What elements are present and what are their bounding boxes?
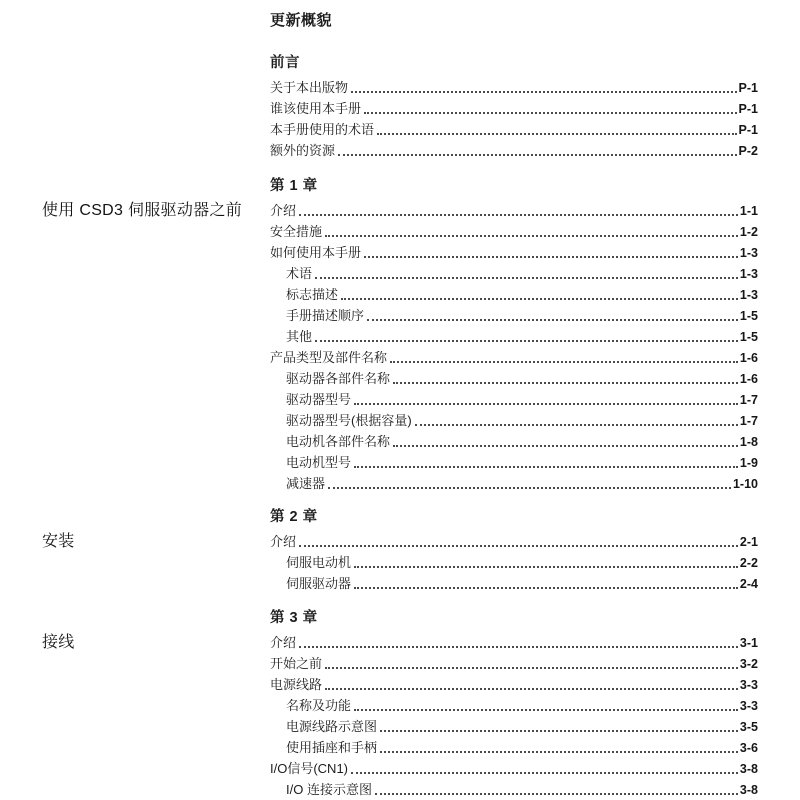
toc-entry-page: 1-10 — [733, 475, 758, 493]
dotted-leader — [377, 133, 737, 135]
dotted-leader — [415, 424, 738, 426]
toc-entry[interactable]: 使用插座和手柄 3-6 — [270, 736, 758, 757]
section-entries: 使用 CSD3 伺服驱动器之前 介绍 1-1 安全措施 1-2 如何使用本手册 … — [270, 199, 758, 493]
dotted-leader — [354, 709, 738, 711]
dotted-leader — [299, 214, 738, 216]
toc-entry[interactable]: 其他 1-5 — [270, 325, 758, 346]
toc-entry[interactable]: 术语 1-3 — [270, 262, 758, 283]
toc-main: 更新概貌 前言 关于本出版物 P-1 谁该使用本手册 P-1 本手册使用的术语 … — [0, 0, 800, 799]
toc-entry-label: 额外的资源 — [270, 142, 335, 160]
toc-entry[interactable]: 驱动器型号 1-7 — [270, 388, 758, 409]
toc-entry[interactable]: 伺服电动机 2-2 — [270, 551, 758, 572]
dotted-leader — [354, 466, 738, 468]
toc-entry[interactable]: 减速器 1-10 — [270, 472, 758, 493]
toc-entry[interactable]: 手册描述顺序 1-5 — [270, 304, 758, 325]
toc-entry-label: I/O 连接示意图 — [286, 781, 372, 799]
toc-entry-label: 产品类型及部件名称 — [270, 349, 387, 367]
toc-entry-page: 1-7 — [740, 391, 758, 409]
toc-entry-label: 驱动器型号 — [286, 391, 351, 409]
toc-entry[interactable]: 电动机型号 1-9 — [270, 451, 758, 472]
toc-entry-page: 3-8 — [740, 781, 758, 799]
toc-entry[interactable]: 驱动器各部件名称 1-6 — [270, 367, 758, 388]
toc-entry-page: 3-8 — [740, 760, 758, 778]
dotted-leader — [364, 112, 737, 114]
toc-entry-label: 标志描述 — [286, 286, 338, 304]
toc-entry-label: 驱动器型号(根据容量) — [286, 412, 412, 430]
toc-entry-page: 3-5 — [740, 718, 758, 736]
dotted-leader — [341, 298, 738, 300]
toc-entry-label: 名称及功能 — [286, 697, 351, 715]
dotted-leader — [325, 688, 738, 690]
section-entries: 安装 介绍 2-1 伺服电动机 2-2 伺服驱动器 2-4 — [270, 530, 758, 593]
toc-entry-page: 3-3 — [740, 697, 758, 715]
toc-entry-label: 驱动器各部件名称 — [286, 370, 390, 388]
toc-entry-page: 2-4 — [740, 575, 758, 593]
toc-entry-page: 1-6 — [740, 370, 758, 388]
toc-entry-label: 其他 — [286, 328, 312, 346]
dotted-leader — [364, 256, 738, 258]
chapter-side-label: 接线 — [42, 629, 267, 652]
dotted-leader — [375, 793, 738, 795]
dotted-leader — [325, 667, 738, 669]
toc-entry-page: 2-1 — [740, 533, 758, 551]
dotted-leader — [315, 340, 738, 342]
toc-entry-page: P-1 — [739, 79, 758, 97]
toc-entry-page: 3-1 — [740, 634, 758, 652]
toc-entry-label: 使用插座和手柄 — [286, 739, 377, 757]
toc-entry-label: 本手册使用的术语 — [270, 121, 374, 139]
section-entries: 关于本出版物 P-1 谁该使用本手册 P-1 本手册使用的术语 P-1 额外的资… — [270, 76, 758, 160]
toc-entry[interactable]: 电动机各部件名称 1-8 — [270, 430, 758, 451]
dotted-leader — [390, 361, 738, 363]
toc-entry-page: 1-6 — [740, 349, 758, 367]
toc-entry[interactable]: I/O 连接示意图 3-8 — [270, 778, 758, 799]
toc-entry-label: 伺服驱动器 — [286, 575, 351, 593]
toc-entry-label: 开始之前 — [270, 655, 322, 673]
toc-entry[interactable]: 本手册使用的术语 P-1 — [270, 118, 758, 139]
dotted-leader — [299, 646, 738, 648]
toc-entry-page: 3-2 — [740, 655, 758, 673]
toc-entry[interactable]: 额外的资源 P-2 — [270, 139, 758, 160]
section-heading: 前言 — [270, 54, 758, 73]
toc-section: 第 2 章 安装 介绍 2-1 伺服电动机 2-2 伺服驱动器 2-4 — [270, 508, 758, 593]
toc-entry-label: 电源线路 — [270, 676, 322, 694]
toc-entry[interactable]: 开始之前 3-2 — [270, 652, 758, 673]
toc-section: 前言 关于本出版物 P-1 谁该使用本手册 P-1 本手册使用的术语 P-1 额… — [270, 54, 758, 160]
dotted-leader — [299, 545, 738, 547]
toc-entry[interactable]: 伺服驱动器 2-4 — [270, 572, 758, 593]
dotted-leader — [325, 235, 738, 237]
toc-section: 第 1 章 使用 CSD3 伺服驱动器之前 介绍 1-1 安全措施 1-2 如何… — [270, 177, 758, 493]
toc-entry-page: 1-3 — [740, 244, 758, 262]
toc-entry[interactable]: 驱动器型号(根据容量) 1-7 — [270, 409, 758, 430]
toc-entry-label: 电源线路示意图 — [286, 718, 377, 736]
dotted-leader — [367, 319, 738, 321]
toc-section: 第 3 章 接线 介绍 3-1 开始之前 3-2 电源线路 3-3 名称及功能 … — [270, 609, 758, 799]
toc-entry-page: 1-9 — [740, 454, 758, 472]
toc-entry-page: P-1 — [739, 121, 758, 139]
section-heading: 第 3 章 — [270, 609, 758, 628]
dotted-leader — [380, 730, 738, 732]
toc-entry[interactable]: 关于本出版物 P-1 — [270, 76, 758, 97]
toc-entry[interactable]: 电源线路 3-3 — [270, 673, 758, 694]
section-heading: 第 2 章 — [270, 508, 758, 527]
toc-entry-label: I/O信号(CN1) — [270, 760, 348, 778]
toc-entry[interactable]: 名称及功能 3-3 — [270, 694, 758, 715]
toc-entry[interactable]: 安全措施 1-2 — [270, 220, 758, 241]
toc-entry-label: 安全措施 — [270, 223, 322, 241]
dotted-leader — [354, 566, 738, 568]
toc-page: 更新概貌 前言 关于本出版物 P-1 谁该使用本手册 P-1 本手册使用的术语 … — [0, 0, 800, 800]
toc-entry-label: 手册描述顺序 — [286, 307, 364, 325]
section-heading: 第 1 章 — [270, 177, 758, 196]
toc-entry-page: 3-6 — [740, 739, 758, 757]
toc-entry[interactable]: 产品类型及部件名称 1-6 — [270, 346, 758, 367]
toc-entry[interactable]: 如何使用本手册 1-3 — [270, 241, 758, 262]
dotted-leader — [354, 587, 738, 589]
dotted-leader — [328, 487, 731, 489]
toc-entry-label: 减速器 — [286, 475, 325, 493]
dotted-leader — [393, 445, 738, 447]
toc-entry-label: 术语 — [286, 265, 312, 283]
toc-entry-label: 电动机各部件名称 — [286, 433, 390, 451]
toc-entry[interactable]: 介绍 3-1 — [270, 631, 758, 652]
toc-entry-label: 电动机型号 — [286, 454, 351, 472]
dotted-leader — [393, 382, 738, 384]
section-entries: 接线 介绍 3-1 开始之前 3-2 电源线路 3-3 名称及功能 3-3 电源… — [270, 631, 758, 799]
toc-entry-page: P-1 — [739, 100, 758, 118]
dotted-leader — [351, 772, 738, 774]
toc-entry-label: 如何使用本手册 — [270, 244, 361, 262]
toc-entry-page: 1-3 — [740, 265, 758, 283]
toc-entry-label: 谁该使用本手册 — [270, 100, 361, 118]
dotted-leader — [338, 154, 737, 156]
toc-entry[interactable]: 介绍 1-1 — [270, 199, 758, 220]
toc-entry-label: 介绍 — [270, 533, 296, 551]
toc-entry-page: 1-3 — [740, 286, 758, 304]
toc-entry[interactable]: 电源线路示意图 3-5 — [270, 715, 758, 736]
toc-entry-label: 伺服电动机 — [286, 554, 351, 572]
toc-entry-page: P-2 — [739, 142, 758, 160]
toc-entry-page: 3-3 — [740, 676, 758, 694]
toc-entry-label: 介绍 — [270, 634, 296, 652]
dotted-leader — [315, 277, 738, 279]
toc-entry[interactable]: 谁该使用本手册 P-1 — [270, 97, 758, 118]
dotted-leader — [351, 91, 737, 93]
dotted-leader — [380, 751, 738, 753]
chapter-side-label: 使用 CSD3 伺服驱动器之前 — [42, 197, 267, 220]
toc-entry-label: 介绍 — [270, 202, 296, 220]
toc-entry-page: 1-5 — [740, 328, 758, 346]
toc-entry-page: 2-2 — [740, 554, 758, 572]
toc-entry[interactable]: I/O信号(CN1) 3-8 — [270, 757, 758, 778]
toc-entry[interactable]: 标志描述 1-3 — [270, 283, 758, 304]
dotted-leader — [354, 403, 738, 405]
toc-entry-page: 1-2 — [740, 223, 758, 241]
toc-entry-page: 1-7 — [740, 412, 758, 430]
toc-entry[interactable]: 介绍 2-1 — [270, 530, 758, 551]
page-title: 更新概貌 — [270, 10, 758, 31]
toc-entry-page: 1-5 — [740, 307, 758, 325]
toc-entry-page: 1-1 — [740, 202, 758, 220]
toc-entry-label: 关于本出版物 — [270, 79, 348, 97]
chapter-side-label: 安装 — [42, 528, 267, 551]
toc-entry-page: 1-8 — [740, 433, 758, 451]
